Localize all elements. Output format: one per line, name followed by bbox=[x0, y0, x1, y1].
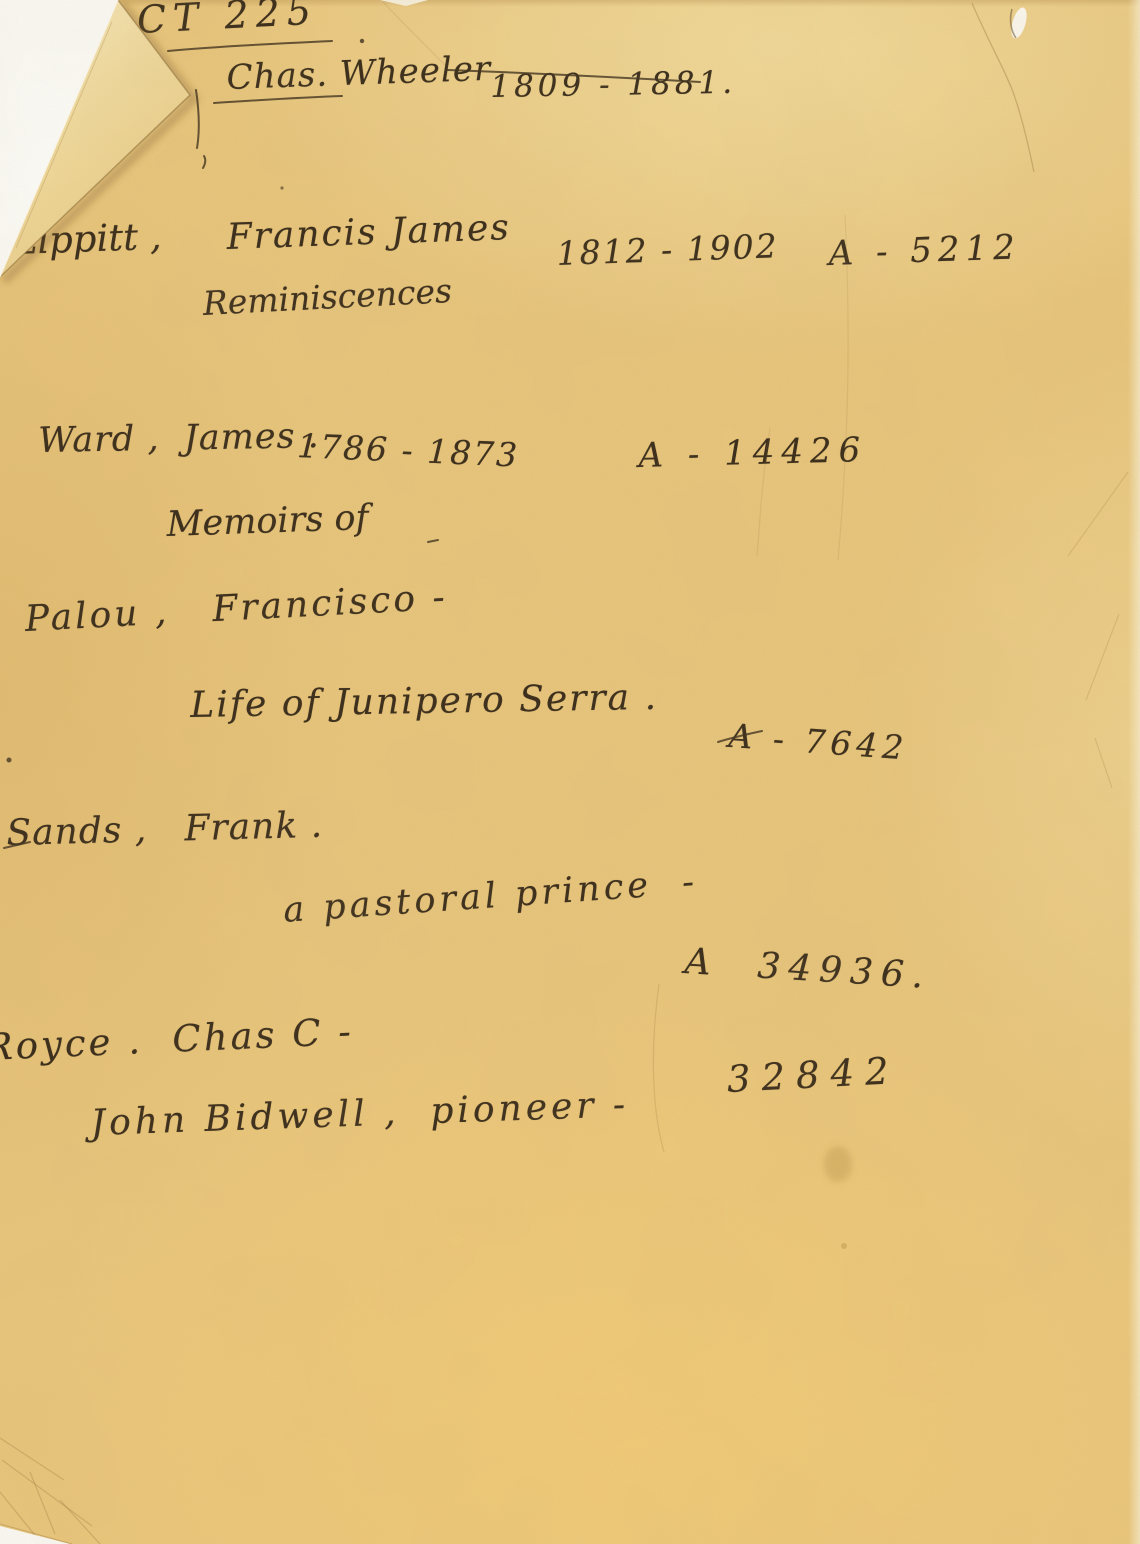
entry-title: Life of Junipero Serra . bbox=[190, 678, 658, 726]
call-number: CT 225 bbox=[136, 0, 319, 42]
entry-catalog-number: 32842 bbox=[726, 1051, 901, 1101]
entry-author: Ward , James . bbox=[38, 417, 320, 460]
entry-title: Memoirs of bbox=[166, 499, 369, 545]
entry-title: John Bidwell , pioneer - bbox=[90, 1085, 630, 1143]
header-dates: 1809 - 1881. bbox=[490, 66, 736, 104]
handwriting-layer: CT 225 Chas. Wheeler 1809 - 1881. Lippit… bbox=[0, 0, 1140, 1544]
entry-author-surname: Lippitt , bbox=[12, 217, 162, 263]
manuscript-page: CT 225 Chas. Wheeler 1809 - 1881. Lippit… bbox=[0, 0, 1140, 1544]
entry-title: Reminiscences bbox=[202, 273, 453, 322]
entry-author: Royce . Chas C - bbox=[0, 1012, 355, 1069]
entry-catalog-number: A 34936. bbox=[684, 942, 933, 997]
entry-dates: 1786 - 1873 bbox=[296, 428, 519, 474]
entry-title: a pastoral prince - bbox=[282, 863, 699, 930]
entry-author: Sands , Frank . bbox=[6, 806, 324, 854]
header-author: Chas. Wheeler bbox=[226, 51, 492, 98]
entry-catalog-number: A - 5212 bbox=[828, 229, 1021, 273]
entry-author: Palou , Francisco - bbox=[24, 578, 449, 640]
entry-dates: 1812 - 1902 bbox=[556, 228, 779, 272]
entry-catalog-number: A - 14426 bbox=[638, 432, 868, 475]
entry-author-given: Francis James bbox=[226, 208, 511, 257]
entry-catalog-number: A - 7642 bbox=[727, 718, 909, 767]
